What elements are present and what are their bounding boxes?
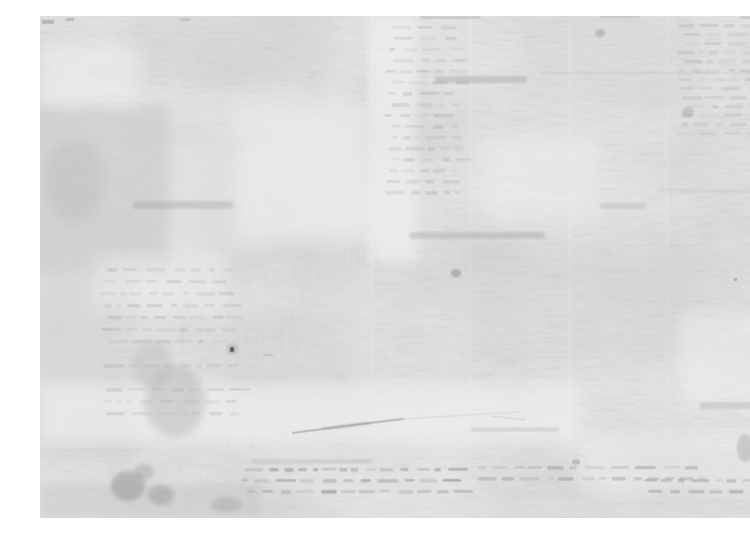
texture-art — [40, 16, 750, 518]
newspaper-texture-photo: Old faded newspaper page texture: washed… — [40, 16, 750, 518]
film-grain — [40, 16, 750, 518]
